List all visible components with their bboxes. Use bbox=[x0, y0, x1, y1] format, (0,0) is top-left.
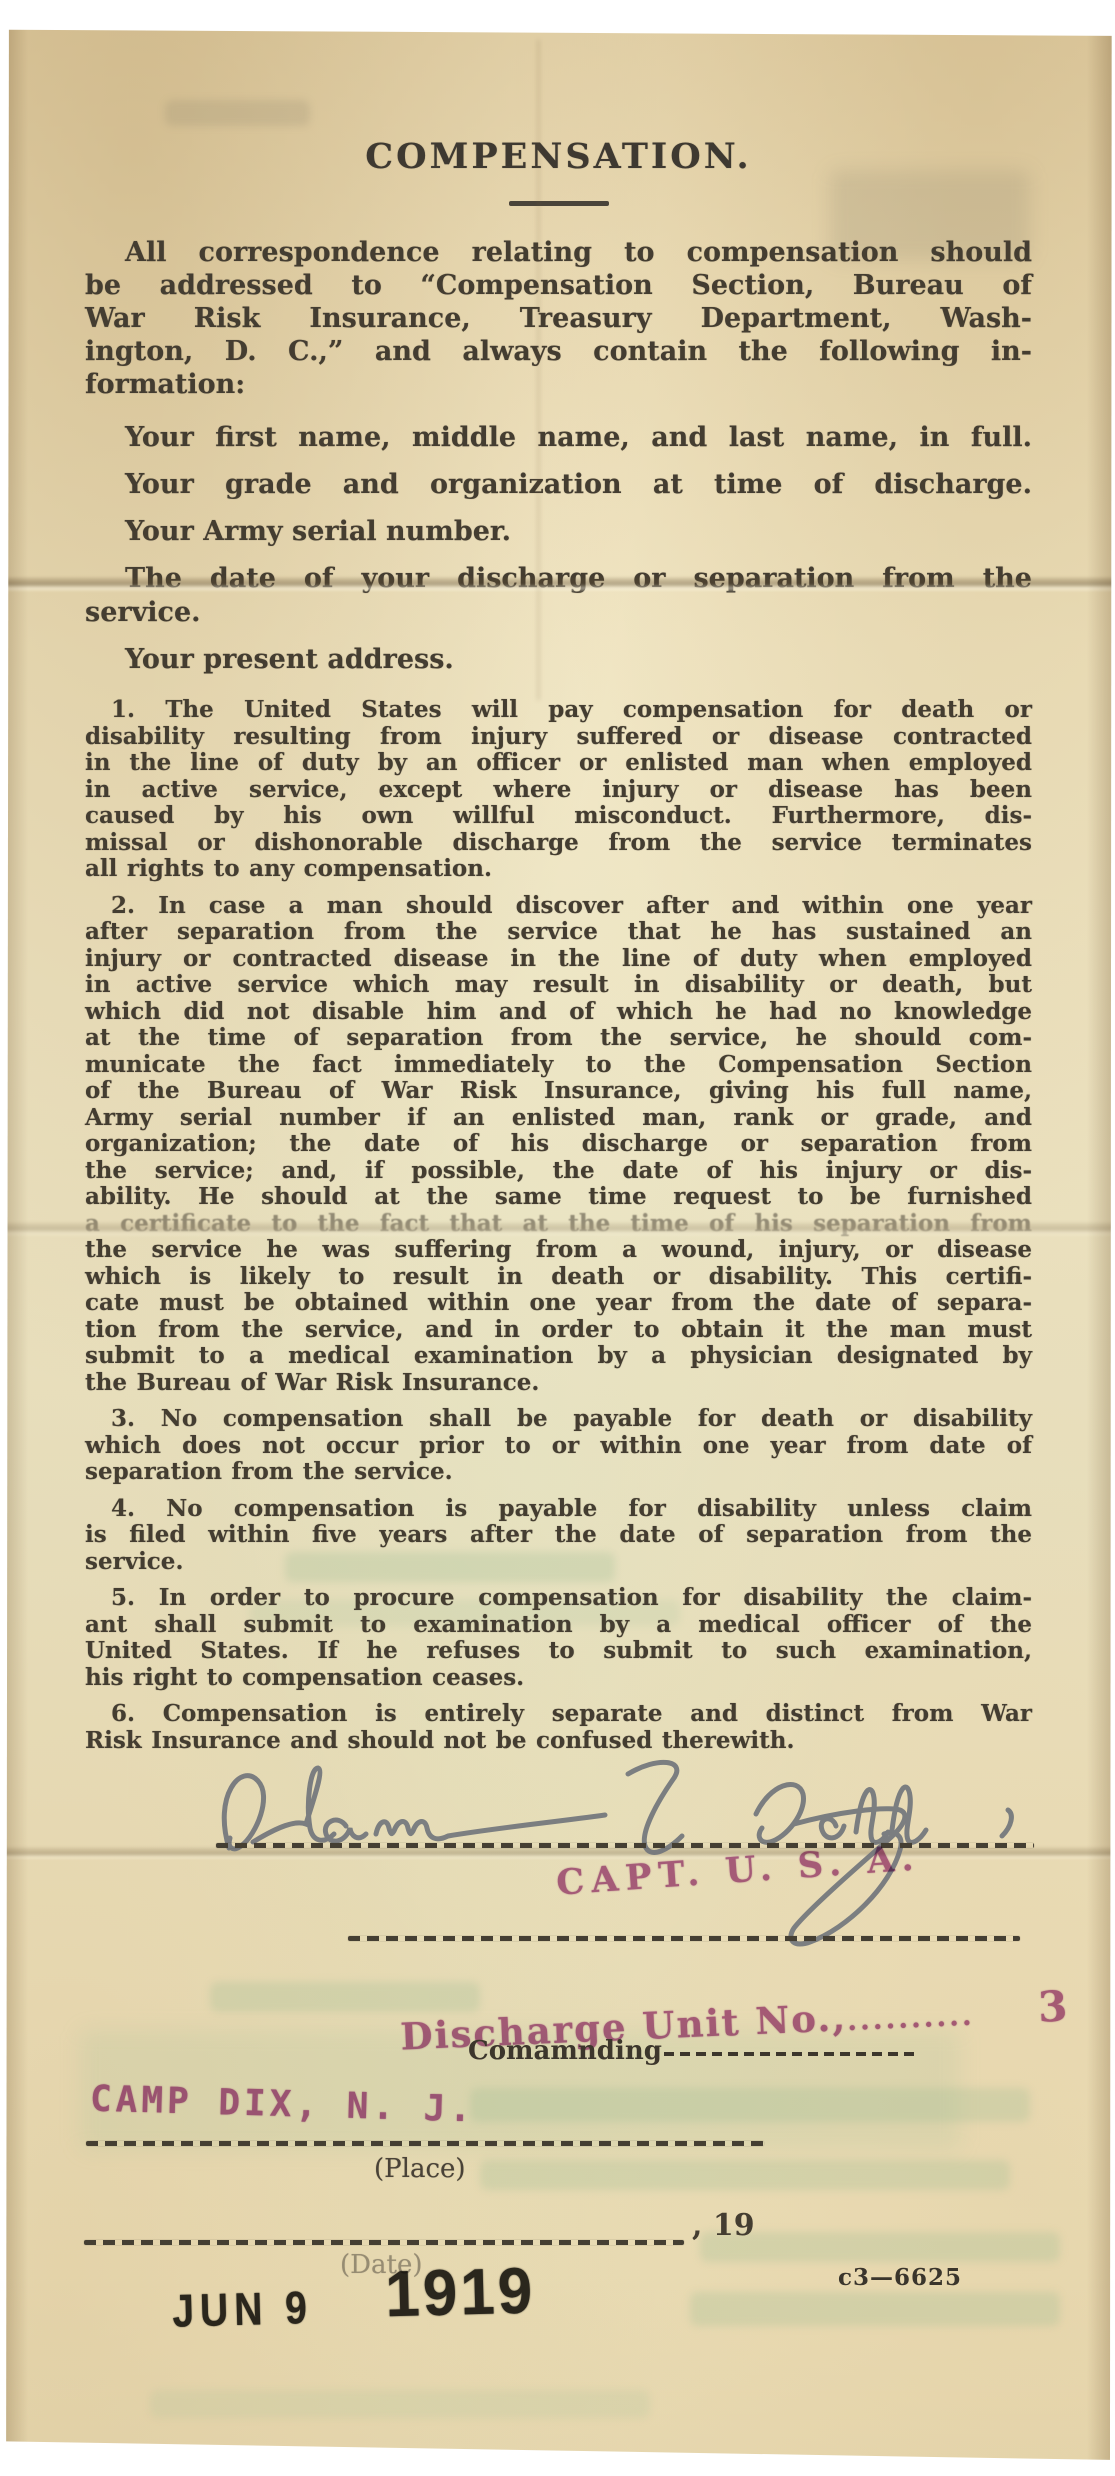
text-line: 1. The United States will pay compensati… bbox=[85, 697, 1032, 724]
commanding-line bbox=[348, 1936, 1020, 1941]
text-line: War Risk Insurance, Treasury Department,… bbox=[85, 302, 1032, 335]
text-line: submit to a medical examination by a phy… bbox=[85, 1343, 1032, 1370]
intro-paragraph: All correspondence relating to compensat… bbox=[85, 236, 1032, 401]
vertical-fold-crease bbox=[537, 40, 540, 700]
document-page: COMPENSATION. All correspondence relatin… bbox=[0, 0, 1115, 2476]
title-divider bbox=[509, 201, 609, 206]
show-through-text bbox=[480, 2160, 1010, 2190]
camp-dix-stamp: CAMP DIX, N. J. bbox=[90, 2079, 476, 2131]
text-line: of the Bureau of War Risk Insurance, giv… bbox=[85, 1078, 1032, 1105]
text-line: United States. If he refuses to submit t… bbox=[85, 1638, 1032, 1665]
text-line: 6. Compensation is entirely separate and… bbox=[85, 1701, 1032, 1728]
text-line: which is likely to result in death or di… bbox=[85, 1264, 1032, 1291]
text-line: service. bbox=[85, 1549, 1032, 1576]
text-line: injury or contracted disease in the line… bbox=[85, 946, 1032, 973]
text-line: Army serial number if an enlisted man, r… bbox=[85, 1105, 1032, 1132]
paragraph-6: 6. Compensation is entirely separate and… bbox=[85, 1701, 1032, 1754]
text-line: Your first name, middle name, and last n… bbox=[85, 421, 1032, 455]
date-stamp-year: 1919 bbox=[384, 2254, 536, 2332]
text-line: Your Army serial number. bbox=[85, 515, 1032, 549]
commanding-text: Comamnding bbox=[468, 2036, 662, 2066]
date-line bbox=[84, 2240, 684, 2245]
discharge-unit-dots: .......... bbox=[846, 1999, 975, 2038]
text-line: 2. In case a man should discover after a… bbox=[85, 893, 1032, 920]
paragraph-5: 5. In order to procure compensation for … bbox=[85, 1585, 1032, 1691]
text-line: formation: bbox=[85, 368, 1032, 401]
text-line: ant shall submit to examination by a med… bbox=[85, 1612, 1032, 1639]
text-line: is filed within five years after the dat… bbox=[85, 1522, 1032, 1549]
text-line: 5. In order to procure compensation for … bbox=[85, 1585, 1032, 1612]
text-line: Risk Insurance and should not be confuse… bbox=[85, 1728, 1032, 1755]
text-line: his right to compensation ceases. bbox=[85, 1665, 1032, 1692]
show-through-text bbox=[470, 2088, 1030, 2122]
text-line: caused by his own willful misconduct. Fu… bbox=[85, 803, 1032, 830]
text-line: the Bureau of War Risk Insurance. bbox=[85, 1370, 1032, 1397]
info-item-grade: Your grade and organization at time of d… bbox=[85, 468, 1032, 502]
text-line: Your grade and organization at time of d… bbox=[85, 468, 1032, 502]
info-item-name: Your first name, middle name, and last n… bbox=[85, 421, 1032, 455]
text-line: separation from the service. bbox=[85, 1459, 1032, 1486]
text-line: 4. No compensation is payable for disabi… bbox=[85, 1496, 1032, 1523]
show-through-text bbox=[150, 2390, 650, 2418]
text-line: which did not disable him and of which h… bbox=[85, 999, 1032, 1026]
paragraph-3: 3. No compensation shall be payable for … bbox=[85, 1406, 1032, 1486]
text-line: in active service which may result in di… bbox=[85, 972, 1032, 999]
show-through-text bbox=[690, 2292, 1060, 2326]
text-line: tion from the service, and in order to o… bbox=[85, 1317, 1032, 1344]
year-prefix: , 19 bbox=[692, 2208, 755, 2243]
text-line: Your present address. bbox=[85, 643, 1032, 677]
text-line: municate the fact immediately to the Com… bbox=[85, 1052, 1032, 1079]
text-line: which does not occur prior to or within … bbox=[85, 1433, 1032, 1460]
text-line: service. bbox=[85, 596, 1032, 630]
text-line: All correspondence relating to compensat… bbox=[85, 236, 1032, 269]
place-label: (Place) bbox=[374, 2154, 466, 2184]
date-stamp-month-day: JUN 9 bbox=[172, 2280, 314, 2338]
text-line: missal or dishonorable discharge from th… bbox=[85, 830, 1032, 857]
paragraph-4: 4. No compensation is payable for disabi… bbox=[85, 1496, 1032, 1576]
text-line: all rights to any compensation. bbox=[85, 856, 1032, 883]
document-body: COMPENSATION. All correspondence relatin… bbox=[0, 0, 1115, 1754]
text-line: the service; and, if possible, the date … bbox=[85, 1158, 1032, 1185]
text-line: ability. He should at the same time requ… bbox=[85, 1184, 1032, 1211]
paragraph-2: 2. In case a man should discover after a… bbox=[85, 893, 1032, 1397]
text-line-faded: a certificate to the fact that at the ti… bbox=[85, 1211, 1032, 1238]
text-line: organization; the date of his discharge … bbox=[85, 1131, 1032, 1158]
page-title: COMPENSATION. bbox=[85, 136, 1032, 177]
text-line: 3. No compensation shall be payable for … bbox=[85, 1406, 1032, 1433]
text-line: at the time of separation from the servi… bbox=[85, 1025, 1032, 1052]
info-item-serial: Your Army serial number. bbox=[85, 515, 1032, 549]
received-date-stamp: JUN 9 1919 bbox=[171, 2257, 536, 2337]
form-code: c3—6625 bbox=[838, 2264, 962, 2291]
text-line: be addressed to “Compensation Section, B… bbox=[85, 269, 1032, 302]
text-line: after separation from the service that h… bbox=[85, 919, 1032, 946]
info-item-discharge-date: The date of your discharge or separation… bbox=[85, 562, 1032, 630]
text-line: in the line of duty by an officer or enl… bbox=[85, 750, 1032, 777]
info-item-address: Your present address. bbox=[85, 643, 1032, 677]
text-line: The date of your discharge or separation… bbox=[85, 562, 1032, 596]
place-line bbox=[86, 2141, 764, 2146]
commanding-label: Comamnding bbox=[468, 2036, 916, 2066]
text-line: disability resulting from injury suffere… bbox=[85, 724, 1032, 751]
text-line: cate must be obtained within one year fr… bbox=[85, 1290, 1032, 1317]
text-line: ington, D. C.,” and always contain the f… bbox=[85, 335, 1032, 368]
fill-in-dashes bbox=[664, 2052, 916, 2056]
text-line: the service he was suffering from a woun… bbox=[85, 1237, 1032, 1264]
paragraph-1: 1. The United States will pay compensati… bbox=[85, 697, 1032, 883]
text-line: in active service, except where injury o… bbox=[85, 777, 1032, 804]
discharge-unit-number: 3 bbox=[1037, 1981, 1070, 2031]
